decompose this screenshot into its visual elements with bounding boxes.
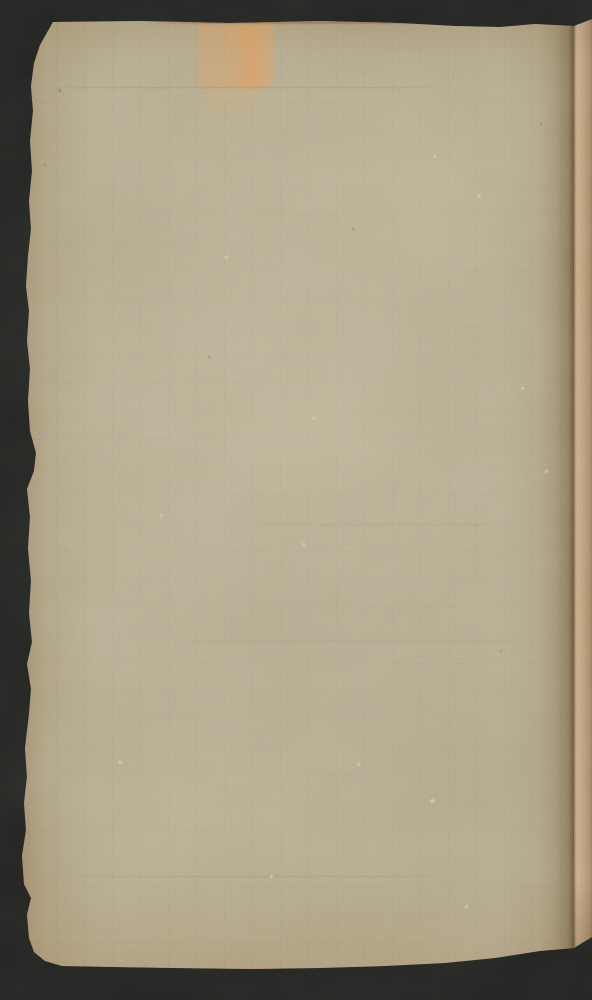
adhesive-stain — [197, 24, 274, 88]
horizontal-crease — [150, 641, 540, 642]
paper-fleck — [465, 905, 468, 908]
paper-fleck — [160, 514, 163, 517]
paper-fleck — [44, 164, 46, 166]
paper-fleck — [521, 387, 524, 390]
paper-fleck — [224, 256, 228, 259]
paper-fleck — [352, 228, 354, 230]
book-scan-canvas — [0, 0, 592, 1000]
blank-book-page — [0, 0, 592, 1000]
paper-fleck — [118, 761, 122, 764]
horizontal-crease — [60, 876, 460, 877]
paper-fleck — [545, 470, 548, 473]
paper-fleck — [58, 89, 61, 92]
paper-fleck — [302, 543, 305, 546]
paper-fleck — [208, 356, 210, 358]
paper-mottling — [0, 0, 592, 1000]
paper-fleck — [357, 763, 360, 766]
paper-fleck — [500, 650, 502, 652]
paper-fleck — [433, 155, 436, 158]
paper-fleck — [270, 875, 273, 878]
paper-fleck — [312, 417, 315, 420]
paper-fleck — [477, 195, 481, 198]
gutter-curvature-shading — [538, 22, 574, 950]
adjacent-page-edge — [574, 0, 592, 1000]
horizontal-crease — [230, 525, 530, 526]
paper-fleck — [540, 123, 542, 125]
paper-fleck — [430, 799, 435, 803]
horizontal-crease — [34, 87, 454, 88]
